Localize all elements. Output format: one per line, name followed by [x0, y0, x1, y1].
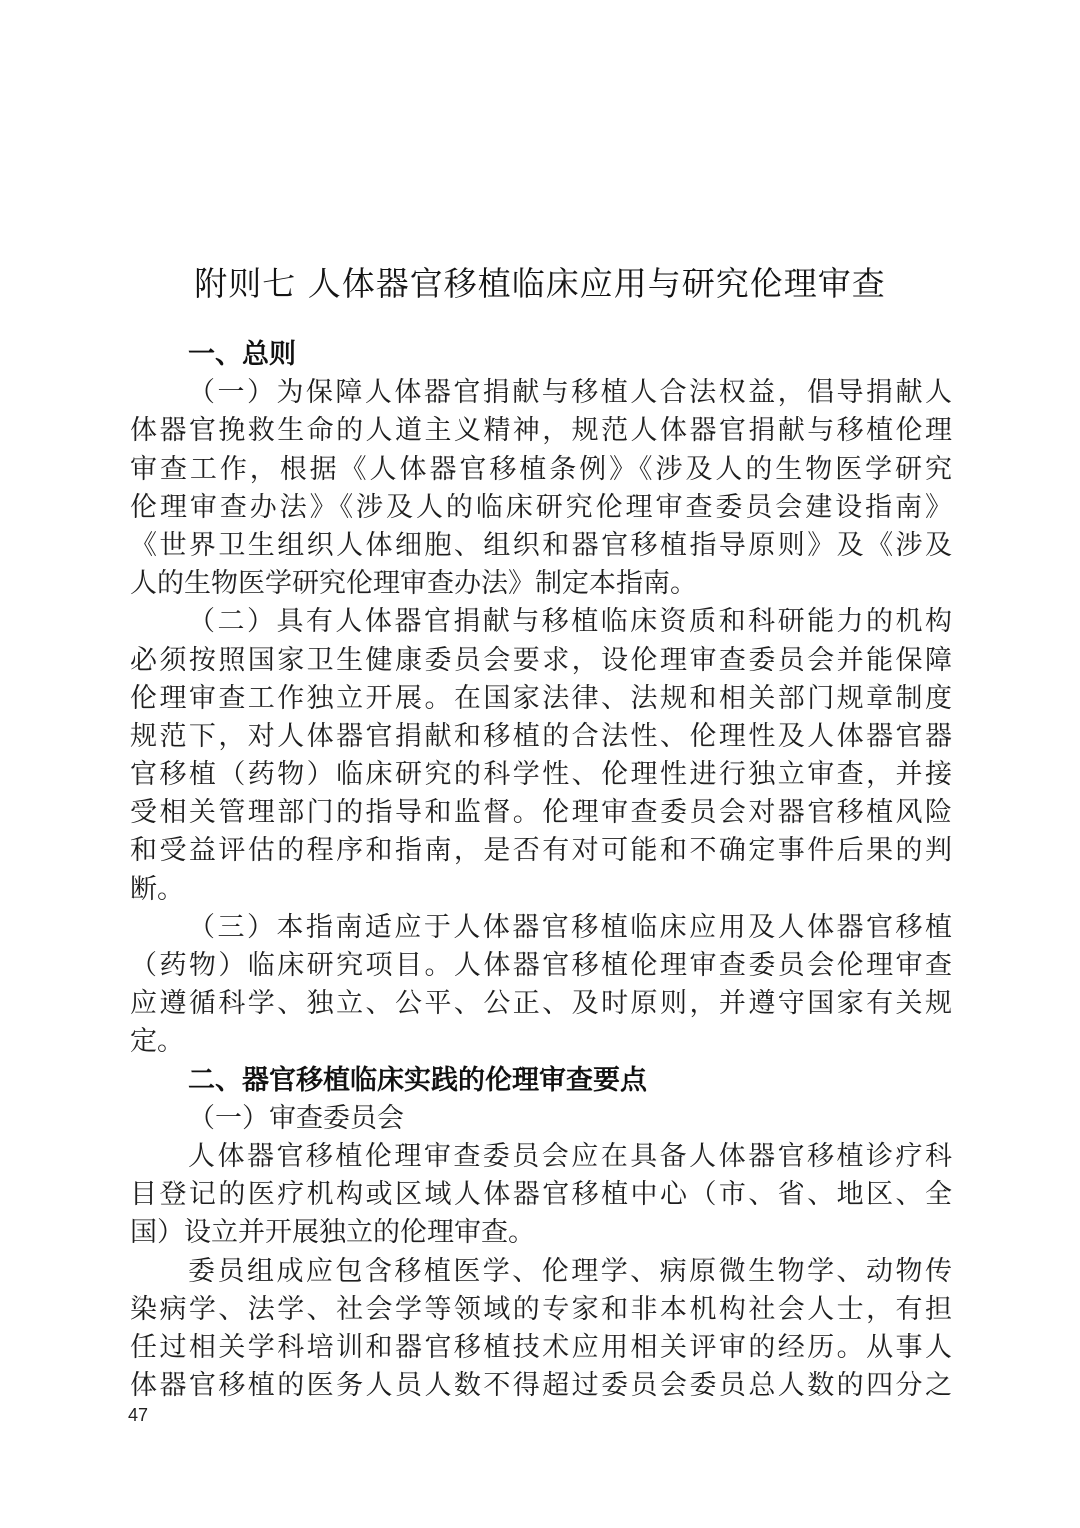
text-line: （药物）临床研究项目。人体器官移植伦理审查委员会伦理审查 — [130, 947, 952, 985]
text-line: 伦理审查办法》《涉及人的临床研究伦理审查委员会建设指南》 — [130, 489, 952, 527]
text-line: 委员组成应包含移植医学、伦理学、病原微生物学、动物传 — [130, 1253, 952, 1291]
document-page: 附则七 人体器官移植临床应用与研究伦理审查 一、总则 （一）为保障人体器官捐献与… — [0, 0, 1080, 1528]
text-line: 目登记的医疗机构或区域人体器官移植中心（市、省、地区、全 — [130, 1176, 952, 1214]
section-heading-general: 一、总则 — [130, 336, 952, 374]
text-line: 审查工作，根据《人体器官移植条例》《涉及人的生物医学研究 — [130, 451, 952, 489]
text-line: 定。 — [130, 1023, 952, 1061]
text-line: （一）为保障人体器官捐献与移植人合法权益，倡导捐献人 — [130, 374, 952, 412]
text-line: 体器官挽救生命的人道主义精神，规范人体器官捐献与移植伦理 — [130, 412, 952, 450]
text-line: （二）具有人体器官捐献与移植临床资质和科研能力的机构 — [130, 603, 952, 641]
paragraph-3: （三）本指南适应于人体器官移植临床应用及人体器官移植 （药物）临床研究项目。人体… — [130, 909, 952, 1062]
text-line: 任过相关学科培训和器官移植技术应用相关评审的经历。从事人 — [130, 1329, 952, 1367]
subsection-heading-committee: （一）审查委员会 — [130, 1100, 952, 1138]
text-line: 《世界卫生组织人体细胞、组织和器官移植指导原则》及《涉及 — [130, 527, 952, 565]
text-line: 染病学、法学、社会学等领域的专家和非本机构社会人士，有担 — [130, 1291, 952, 1329]
text-line: 规范下，对人体器官捐献和移植的合法性、伦理性及人体器官器 — [130, 718, 952, 756]
paragraph-5: 委员组成应包含移植医学、伦理学、病原微生物学、动物传 染病学、法学、社会学等领域… — [130, 1253, 952, 1406]
document-body: 一、总则 （一）为保障人体器官捐献与移植人合法权益，倡导捐献人 体器官挽救生命的… — [130, 336, 952, 1405]
page-title: 附则七 人体器官移植临床应用与研究伦理审查 — [0, 258, 1080, 305]
paragraph-2: （二）具有人体器官捐献与移植临床资质和科研能力的机构 必须按照国家卫生健康委员会… — [130, 603, 952, 909]
text-line: 官移植（药物）临床研究的科学性、伦理性进行独立审查，并接 — [130, 756, 952, 794]
text-line: 人的生物医学研究伦理审查办法》制定本指南。 — [130, 565, 952, 603]
text-line: 和受益评估的程序和指南，是否有对可能和不确定事件后果的判 — [130, 832, 952, 870]
paragraph-1: （一）为保障人体器官捐献与移植人合法权益，倡导捐献人 体器官挽救生命的人道主义精… — [130, 374, 952, 603]
paragraph-4: 人体器官移植伦理审查委员会应在具备人体器官移植诊疗科 目登记的医疗机构或区域人体… — [130, 1138, 952, 1253]
text-line: 国）设立并开展独立的伦理审查。 — [130, 1214, 952, 1252]
text-line: 人体器官移植伦理审查委员会应在具备人体器官移植诊疗科 — [130, 1138, 952, 1176]
text-line: 必须按照国家卫生健康委员会要求，设伦理审查委员会并能保障 — [130, 642, 952, 680]
text-line: （三）本指南适应于人体器官移植临床应用及人体器官移植 — [130, 909, 952, 947]
text-line: 体器官移植的医务人员人数不得超过委员会委员总人数的四分之 — [130, 1367, 952, 1405]
text-line: 受相关管理部门的指导和监督。伦理审查委员会对器官移植风险 — [130, 794, 952, 832]
text-line: 应遵循科学、独立、公平、公正、及时原则，并遵守国家有关规 — [130, 985, 952, 1023]
section-heading-ethics-review: 二、器官移植临床实践的伦理审查要点 — [130, 1062, 952, 1100]
text-line: 断。 — [130, 871, 952, 909]
text-line: 伦理审查工作独立开展。在国家法律、法规和相关部门规章制度 — [130, 680, 952, 718]
page-number: 47 — [128, 1405, 148, 1426]
